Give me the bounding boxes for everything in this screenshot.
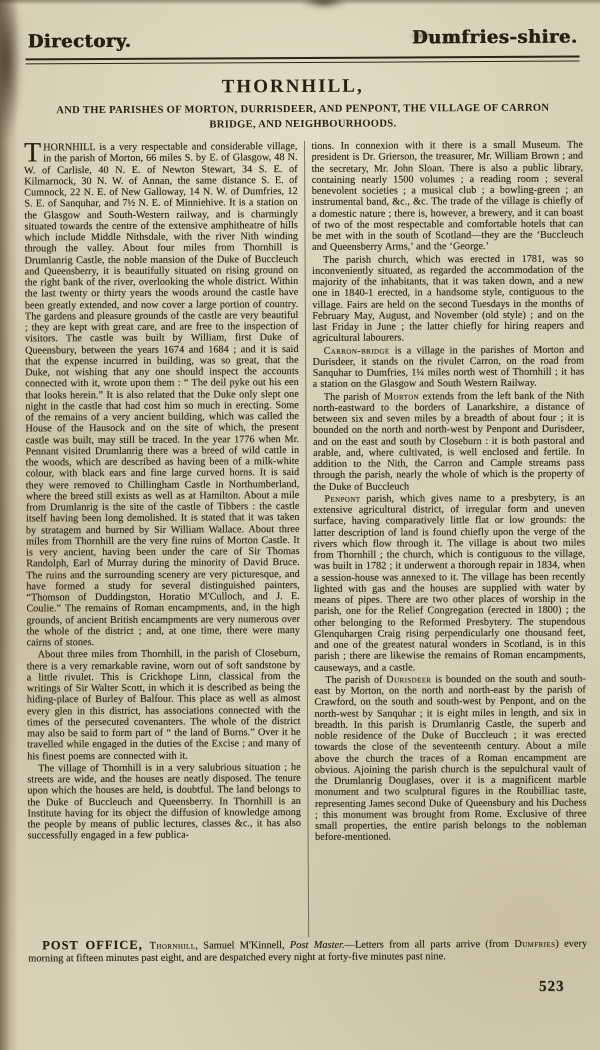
paragraph: THORNHILL is a very respectable and cons… — [24, 141, 300, 649]
paragraph: About three miles from Thornhill, in the… — [27, 648, 301, 762]
page-title: THORNHILL, — [0, 74, 588, 99]
text-run: About three miles from Thornhill, in the… — [27, 648, 301, 762]
text-run: Durisdeer — [386, 674, 431, 685]
paragraph: tions. In connexion with it there is a s… — [311, 140, 583, 254]
paragraph: The parish church, which was erected in … — [312, 253, 584, 344]
text-run: —Letters from all parts arrive (from — [345, 939, 515, 951]
text-run: is bounded on the south and south-east b… — [314, 673, 586, 843]
text-run: Carron-bridge — [324, 345, 390, 356]
subtitle-line-2: BRIDGE, AND NEIGHBOURHOODS. — [18, 117, 588, 131]
paragraph: The village of Thornhill is in a very sa… — [27, 762, 301, 842]
header-double-rule — [26, 56, 580, 65]
drop-cap: T — [24, 142, 43, 163]
text-run: The parish church, which was erected in … — [312, 253, 584, 344]
text-run: The village of Thornhill is in a very sa… — [27, 762, 301, 842]
left-column: THORNHILL is a very respectable and cons… — [24, 141, 308, 938]
text-run: Dumfries — [514, 939, 555, 950]
page-content: Directory. Dumfries-shire. THORNHILL, AN… — [0, 0, 600, 1050]
text-run: extends from the left bank of the Nith n… — [313, 390, 585, 492]
page-number: 523 — [539, 979, 565, 996]
right-column: tions. In connexion with it there is a s… — [303, 140, 587, 937]
running-header-left: Directory. — [27, 31, 131, 53]
post-office-notice: POST OFFICE, Thornhill, Samuel M'Kinnell… — [28, 938, 587, 966]
paragraph: Penpont parish, which gives name to a pr… — [313, 492, 585, 673]
paragraph: The parish of Durisdeer is bounded on th… — [314, 673, 586, 843]
text-run: POST OFFICE, — [42, 938, 150, 953]
text-run: , Samuel M'Kinnell, — [195, 940, 290, 951]
text-run: parish, which gives name to a presbytery… — [313, 492, 585, 673]
text-run: Post Master. — [290, 940, 345, 951]
scanned-page: Directory. Dumfries-shire. THORNHILL, AN… — [0, 0, 600, 1050]
text-run: tions. In connexion with it there is a s… — [311, 140, 583, 254]
text-run: The parish of — [325, 674, 386, 685]
text-run: Penpont — [324, 493, 360, 504]
paragraph: The parish of Morton extends from the le… — [313, 390, 585, 493]
text-run: Thornhill — [150, 941, 196, 952]
subtitle-line-1: AND THE PARISHES OF MORTON, DURRISDEER, … — [18, 102, 588, 116]
paragraph: Carron-bridge is a village in the parish… — [313, 344, 585, 390]
text-run: HORNHILL is a very respectable and consi… — [24, 141, 300, 648]
body-columns: THORNHILL is a very respectable and cons… — [24, 140, 587, 939]
text-run: Morton — [384, 391, 419, 402]
running-header-right: Dumfries-shire. — [412, 27, 578, 49]
text-run: The parish of — [324, 391, 384, 402]
